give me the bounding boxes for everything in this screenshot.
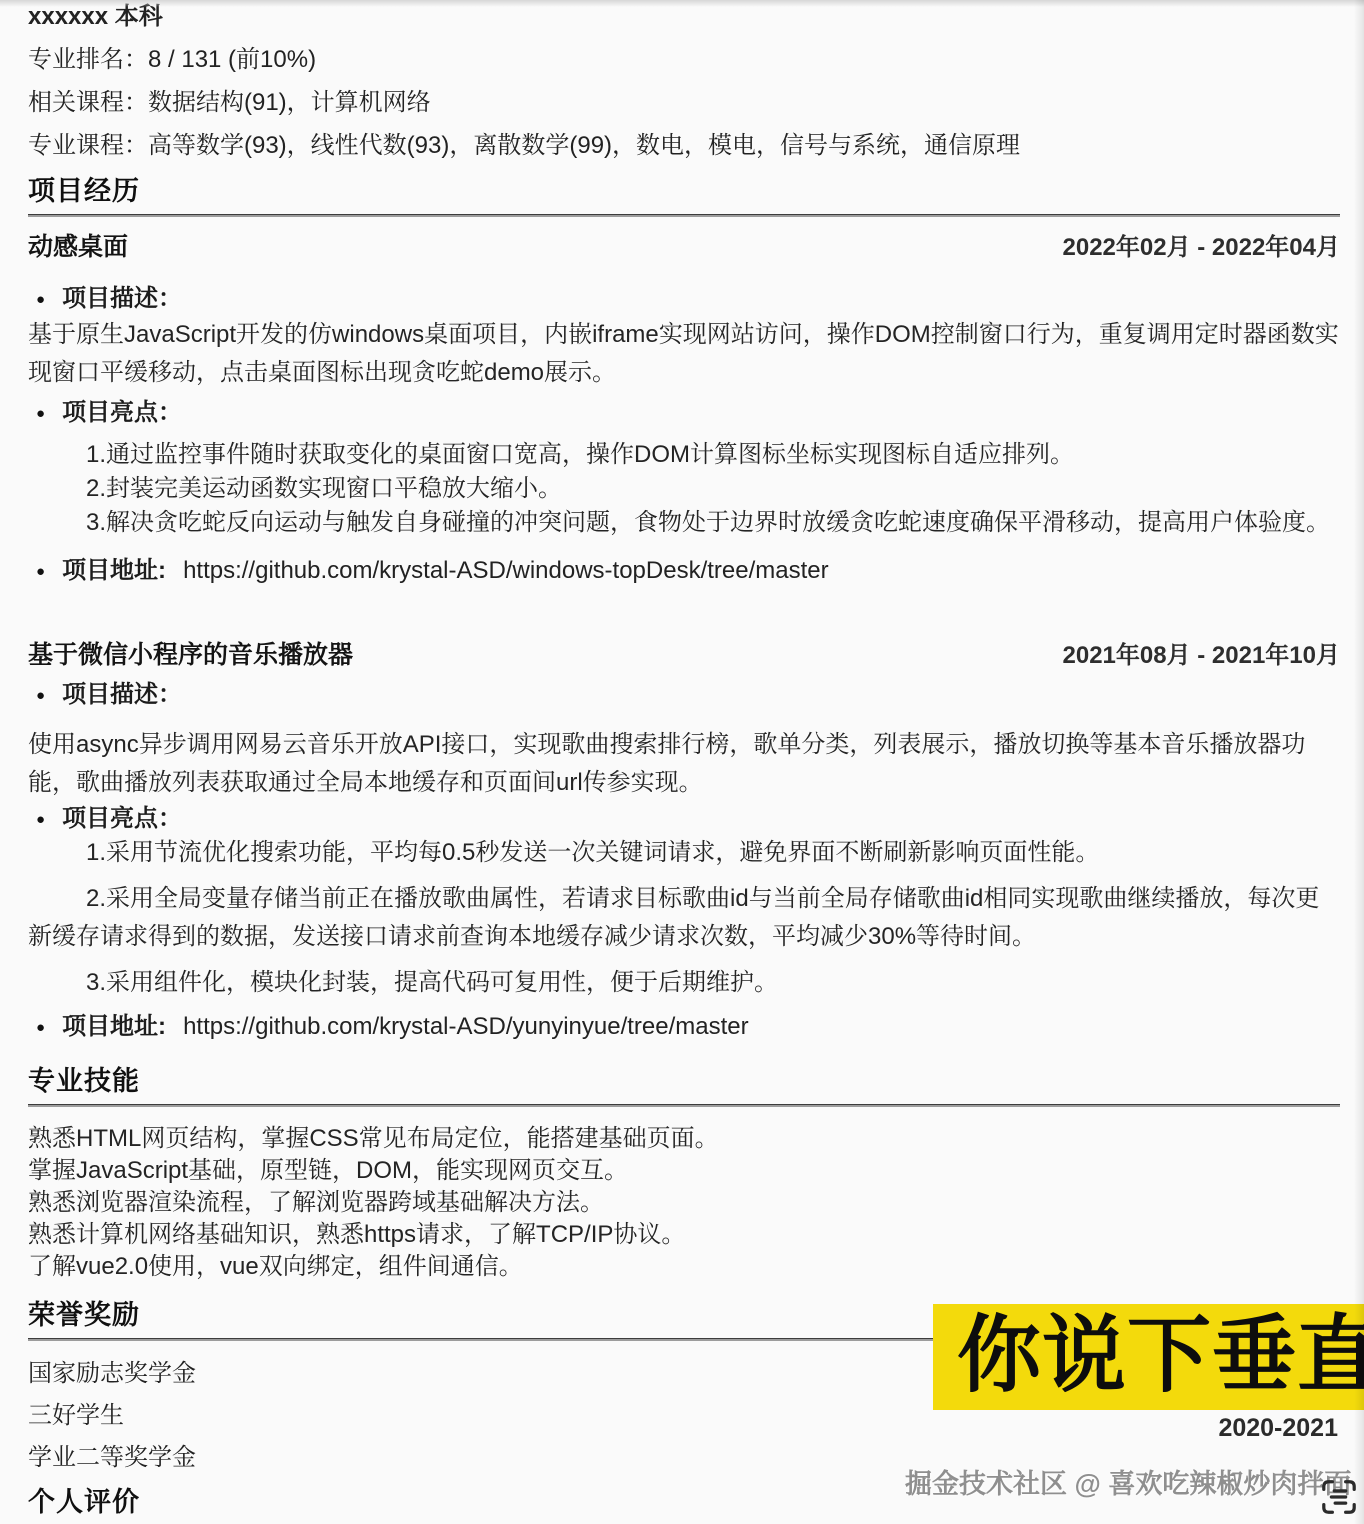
- project-2-desc-label-row: ● 项目描述：: [28, 680, 1340, 710]
- scan-frame-icon: [1320, 1478, 1358, 1516]
- section-title-projects: 项目经历: [28, 174, 1340, 208]
- section-divider: [28, 1104, 1340, 1107]
- education-related-courses: 相关课程：数据结构(91)，计算机网络: [28, 88, 1340, 118]
- bullet-icon: ●: [36, 812, 45, 827]
- project-1-highlight-3: 3.解决贪吃蛇反向运动与触发自身碰撞的冲突问题，食物处于边界时放缓贪吃蛇速度确保…: [28, 506, 1340, 540]
- project-2-desc-label: 项目描述：: [62, 680, 182, 710]
- resume-page: xxxxxx 本科 专业排名：8 / 131 (前10%) 相关课程：数据结构(…: [0, 0, 1364, 1524]
- project-1-desc-label-row: ● 项目描述：: [28, 284, 1340, 314]
- project-2-url-label: 项目地址:: [62, 1012, 166, 1042]
- project-1-desc-label: 项目描述：: [62, 284, 182, 314]
- yellow-sticker-annotation: 你说下垂直: [933, 1304, 1364, 1410]
- bullet-icon: ●: [36, 688, 45, 703]
- project-1-url-label: 项目地址:: [62, 556, 166, 586]
- project-1-highlight-2: 2.封装完美运动函数实现窗口平稳放大缩小。: [28, 472, 1340, 506]
- bullet-icon: ●: [36, 292, 45, 307]
- education-rank-line: 专业排名：8 / 131 (前10%): [28, 45, 1340, 75]
- project-2-name: 基于微信小程序的音乐播放器: [28, 639, 353, 671]
- project-2-url-link[interactable]: https://github.com/krystal-ASD/yunyinyue…: [183, 1012, 749, 1042]
- skill-line-4: 熟悉计算机网络基础知识，熟悉https请求，了解TCP/IP协议。: [28, 1219, 1340, 1251]
- project-1-url-row: ● 项目地址: https://github.com/krystal-ASD/w…: [28, 556, 1340, 586]
- top-edge-shading: [0, 0, 1364, 7]
- project-1-name: 动感桌面: [28, 231, 128, 263]
- honor-year-label: 2020-2021: [1218, 1414, 1338, 1443]
- project-1-highlights-label-row: ● 项目亮点：: [28, 398, 1340, 428]
- project-2-highlights: 1.采用节流优化搜索功能，平均每0.5秒发送一次关键词请求，避免界面不断刷新影响…: [28, 834, 1340, 1002]
- project-2-highlights-label: 项目亮点：: [62, 804, 182, 834]
- project-1-description: 基于原生JavaScript开发的仿windows桌面项目，内嵌iframe实现…: [28, 316, 1340, 392]
- project-1-highlights-label: 项目亮点：: [62, 398, 182, 428]
- project-2-date-range: 2021年08月 - 2021年10月: [1063, 640, 1341, 672]
- section-divider: [28, 214, 1340, 217]
- project-2-highlight-2: 2.采用全局变量存储当前正在播放歌曲属性，若请求目标歌曲id与当前全局存储歌曲i…: [28, 880, 1340, 956]
- bullet-icon: ●: [36, 406, 45, 421]
- project-2-highlight-3: 3.采用组件化，模块化封装，提高代码可复用性，便于后期维护。: [28, 964, 1340, 1002]
- skill-line-1: 熟悉HTML网页结构，掌握CSS常见布局定位，能搭建基础页面。: [28, 1123, 1340, 1155]
- skill-line-5: 了解vue2.0使用，vue双向绑定，组件间通信。: [28, 1251, 1340, 1283]
- project-2-header: 基于微信小程序的音乐播放器 2021年08月 - 2021年10月: [28, 639, 1340, 672]
- project-1-highlights: 1.通过监控事件随时获取变化的桌面窗口宽高，操作DOM计算图标坐标实现图标自适应…: [28, 438, 1340, 540]
- project-2-url-row: ● 项目地址: https://github.com/krystal-ASD/y…: [28, 1012, 1340, 1042]
- project-1-url-link[interactable]: https://github.com/krystal-ASD/windows-t…: [183, 556, 829, 586]
- project-1-header: 动感桌面 2022年02月 - 2022年04月: [28, 231, 1340, 264]
- project-1-highlight-1: 1.通过监控事件随时获取变化的桌面窗口宽高，操作DOM计算图标坐标实现图标自适应…: [28, 438, 1340, 472]
- watermark-text: 掘金技术社区 @ 喜欢吃辣椒炒肉拌面: [905, 1462, 1351, 1501]
- section-title-skills: 专业技能: [28, 1064, 1340, 1098]
- bullet-icon: ●: [36, 564, 45, 579]
- project-2-highlights-label-row: ● 项目亮点：: [28, 804, 1340, 834]
- right-edge-shading: [1354, 0, 1364, 1524]
- skills-list: 熟悉HTML网页结构，掌握CSS常见布局定位，能搭建基础页面。 掌握JavaSc…: [28, 1123, 1340, 1283]
- bullet-icon: ●: [36, 1020, 45, 1035]
- project-2-description: 使用async异步调用网易云音乐开放API接口，实现歌曲搜索排行榜，歌单分类，列…: [28, 726, 1340, 802]
- education-major-courses: 专业课程：高等数学(93)，线性代数(93)，离散数学(99)，数电，模电，信号…: [28, 131, 1340, 161]
- skill-line-2: 掌握JavaScript基础，原型链，DOM，能实现网页交互。: [28, 1155, 1340, 1187]
- project-2-highlight-1: 1.采用节流优化搜索功能，平均每0.5秒发送一次关键词请求，避免界面不断刷新影响…: [28, 834, 1340, 872]
- skill-line-3: 熟悉浏览器渲染流程，了解浏览器跨域基础解决方法。: [28, 1187, 1340, 1219]
- project-1-date-range: 2022年02月 - 2022年04月: [1063, 232, 1341, 264]
